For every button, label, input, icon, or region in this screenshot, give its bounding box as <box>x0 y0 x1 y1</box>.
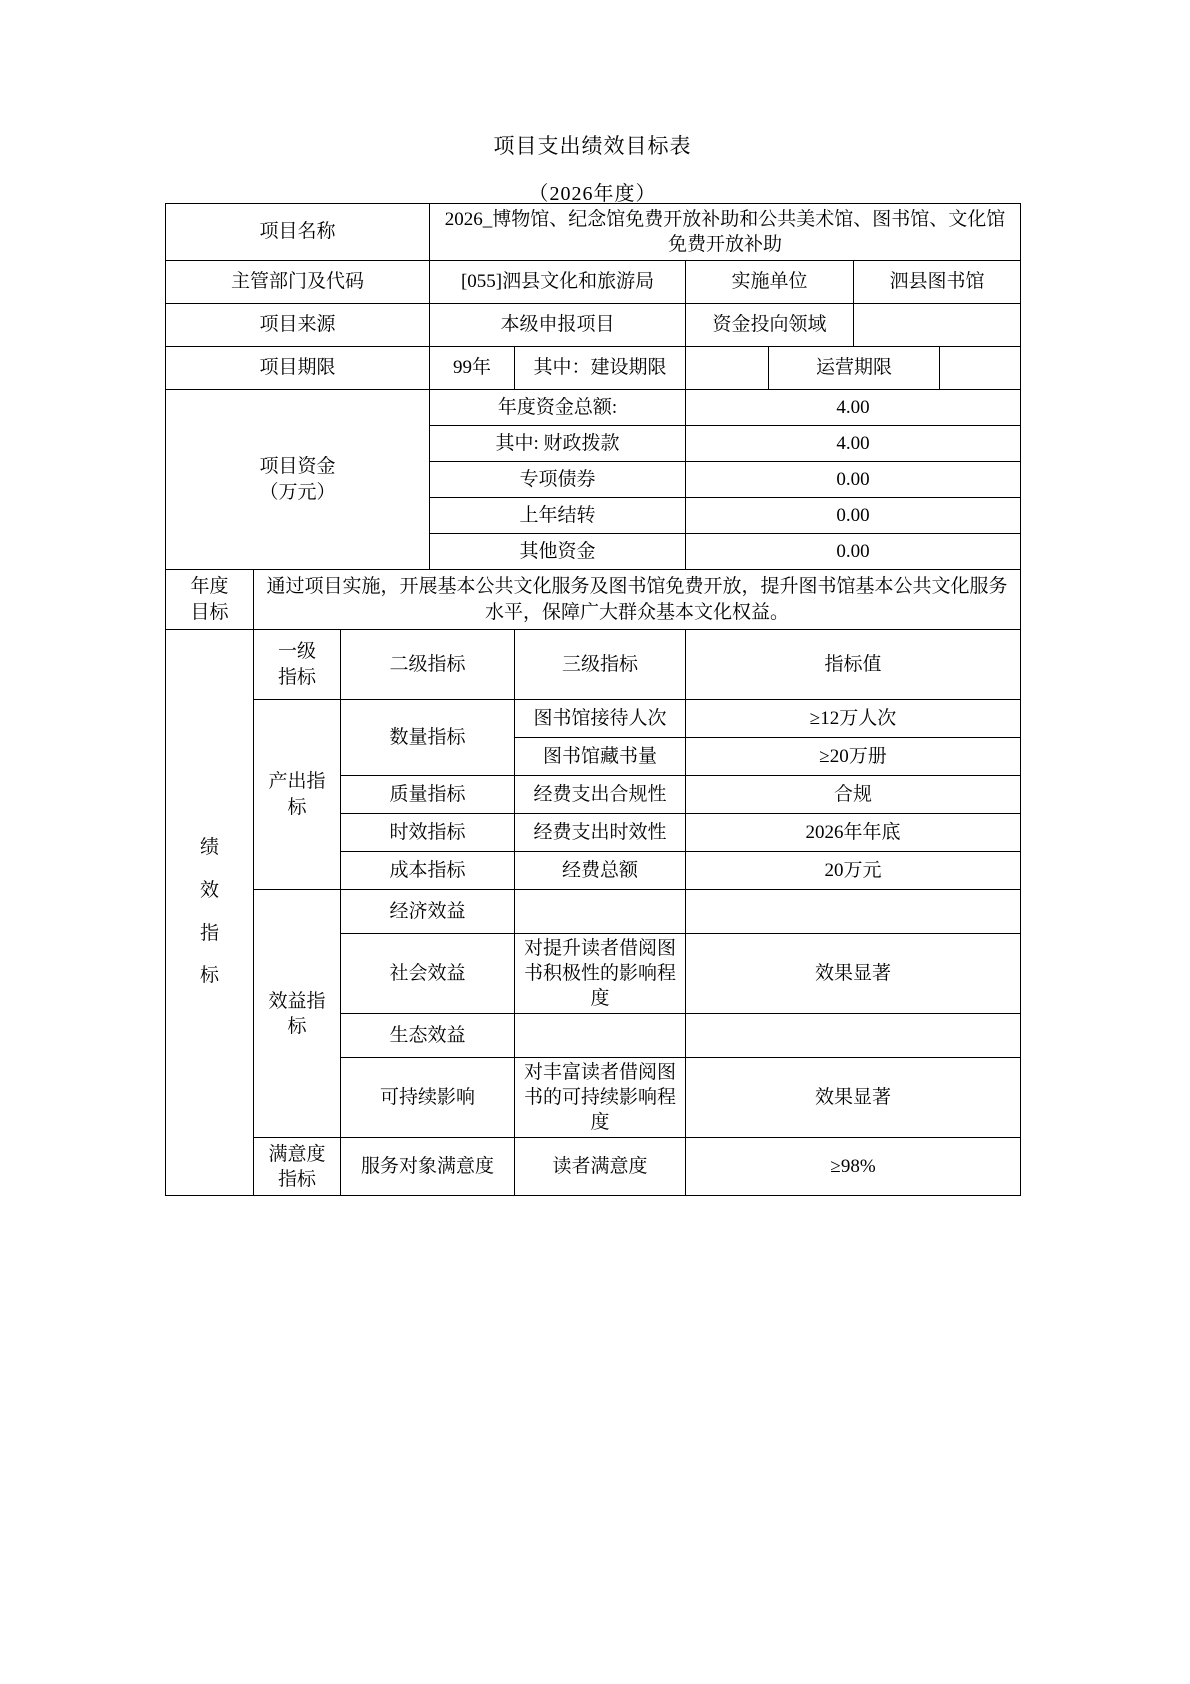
indicator-value: 合规 <box>686 776 1021 814</box>
indicator-l3 <box>515 1014 686 1058</box>
project-name-label: 项目名称 <box>166 204 430 261</box>
value-header: 指标值 <box>686 630 1021 700</box>
invest-field-value <box>854 304 1021 347</box>
performance-indicator-label: 绩效指标 <box>166 630 254 1196</box>
indicator-value: ≥12万人次 <box>686 700 1021 738</box>
doc-subtitle: （2026年度） <box>165 177 1020 206</box>
doc-title: 项目支出绩效目标表 <box>165 130 1020 160</box>
indicator-value: ≥98% <box>686 1138 1021 1196</box>
indicator-l2: 质量指标 <box>341 776 515 814</box>
indicator-l3: 经费总额 <box>515 852 686 890</box>
fund-item-name: 其中: 财政拨款 <box>430 426 686 462</box>
annual-goal-text: 通过项目实施，开展基本公共文化服务及图书馆免费开放，提升图书馆基本公共文化服务水… <box>254 570 1021 630</box>
indicator-l3: 图书馆藏书量 <box>515 738 686 776</box>
level1-header: 一级指标 <box>254 630 341 700</box>
level3-header: 三级指标 <box>515 630 686 700</box>
annual-goal-row: 年度目标 通过项目实施，开展基本公共文化服务及图书馆免费开放，提升图书馆基本公共… <box>166 570 1021 630</box>
indicator-header-row: 绩效指标 一级指标 二级指标 三级指标 指标值 <box>166 630 1021 700</box>
fund-item-name: 上年结转 <box>430 498 686 534</box>
indicator-value: 2026年年底 <box>686 814 1021 852</box>
indicator-value <box>686 890 1021 934</box>
build-period-label: 其中：建设期限 <box>515 347 686 390</box>
indicator-value: ≥20万册 <box>686 738 1021 776</box>
fund-item-name: 年度资金总额: <box>430 390 686 426</box>
indicator-row: 效益指标 经济效益 <box>166 890 1021 934</box>
project-name-row: 项目名称 2026_博物馆、纪念馆免费开放补助和公共美术馆、图书馆、文化馆免费开… <box>166 204 1021 261</box>
indicator-l2: 社会效益 <box>341 934 515 1014</box>
performance-target-table: 项目名称 2026_博物馆、纪念馆免费开放补助和公共美术馆、图书馆、文化馆免费开… <box>165 203 1021 1196</box>
build-period-value <box>686 347 769 390</box>
indicator-l2: 数量指标 <box>341 700 515 776</box>
indicator-value: 20万元 <box>686 852 1021 890</box>
indicator-row: 满意度指标 服务对象满意度 读者满意度 ≥98% <box>166 1138 1021 1196</box>
funds-label: 项目资金（万元） <box>166 390 430 570</box>
project-name-value: 2026_博物馆、纪念馆免费开放补助和公共美术馆、图书馆、文化馆免费开放补助 <box>430 204 1021 261</box>
indicator-l2: 生态效益 <box>341 1014 515 1058</box>
indicator-value: 效果显著 <box>686 934 1021 1014</box>
document-page: 项目支出绩效目标表 （2026年度） 项目名称 2026_博物馆、纪念馆免费开放… <box>0 0 1190 1684</box>
impl-unit-label: 实施单位 <box>686 261 854 304</box>
period-value: 99年 <box>430 347 515 390</box>
dept-row: 主管部门及代码 [055]泗县文化和旅游局 实施单位 泗县图书馆 <box>166 261 1021 304</box>
invest-field-label: 资金投向领域 <box>686 304 854 347</box>
fund-item-value: 0.00 <box>686 462 1021 498</box>
indicator-value <box>686 1014 1021 1058</box>
source-label: 项目来源 <box>166 304 430 347</box>
indicator-l3: 经费支出时效性 <box>515 814 686 852</box>
indicator-value: 效果显著 <box>686 1058 1021 1138</box>
indicator-l2: 成本指标 <box>341 852 515 890</box>
annual-goal-label: 年度目标 <box>166 570 254 630</box>
indicator-l3 <box>515 890 686 934</box>
impl-unit-value: 泗县图书馆 <box>854 261 1021 304</box>
group-output: 产出指标 <box>254 700 341 890</box>
indicator-l3: 经费支出合规性 <box>515 776 686 814</box>
level2-header: 二级指标 <box>341 630 515 700</box>
fund-item-value: 4.00 <box>686 426 1021 462</box>
indicator-l3: 对提升读者借阅图书积极性的影响程度 <box>515 934 686 1014</box>
indicator-l3: 对丰富读者借阅图书的可持续影响程度 <box>515 1058 686 1138</box>
indicator-l2: 可持续影响 <box>341 1058 515 1138</box>
indicator-row: 产出指标 数量指标 图书馆接待人次 ≥12万人次 <box>166 700 1021 738</box>
fund-item-name: 专项债券 <box>430 462 686 498</box>
source-row: 项目来源 本级申报项目 资金投向领域 <box>166 304 1021 347</box>
fund-item-value: 0.00 <box>686 498 1021 534</box>
title-block: 项目支出绩效目标表 （2026年度） <box>165 130 1020 206</box>
group-satisfaction: 满意度指标 <box>254 1138 341 1196</box>
period-row: 项目期限 99年 其中：建设期限 运营期限 <box>166 347 1021 390</box>
indicator-l3: 图书馆接待人次 <box>515 700 686 738</box>
fund-item-value: 0.00 <box>686 534 1021 570</box>
indicator-l2: 经济效益 <box>341 890 515 934</box>
fund-item-value: 4.00 <box>686 390 1021 426</box>
oper-period-value <box>940 347 1021 390</box>
period-label: 项目期限 <box>166 347 430 390</box>
oper-period-label: 运营期限 <box>769 347 940 390</box>
funds-row: 项目资金（万元） 年度资金总额: 4.00 <box>166 390 1021 426</box>
indicator-l3: 读者满意度 <box>515 1138 686 1196</box>
dept-label: 主管部门及代码 <box>166 261 430 304</box>
indicator-l2: 时效指标 <box>341 814 515 852</box>
group-benefit: 效益指标 <box>254 890 341 1138</box>
indicator-l2: 服务对象满意度 <box>341 1138 515 1196</box>
dept-value: [055]泗县文化和旅游局 <box>430 261 686 304</box>
fund-item-name: 其他资金 <box>430 534 686 570</box>
source-value: 本级申报项目 <box>430 304 686 347</box>
